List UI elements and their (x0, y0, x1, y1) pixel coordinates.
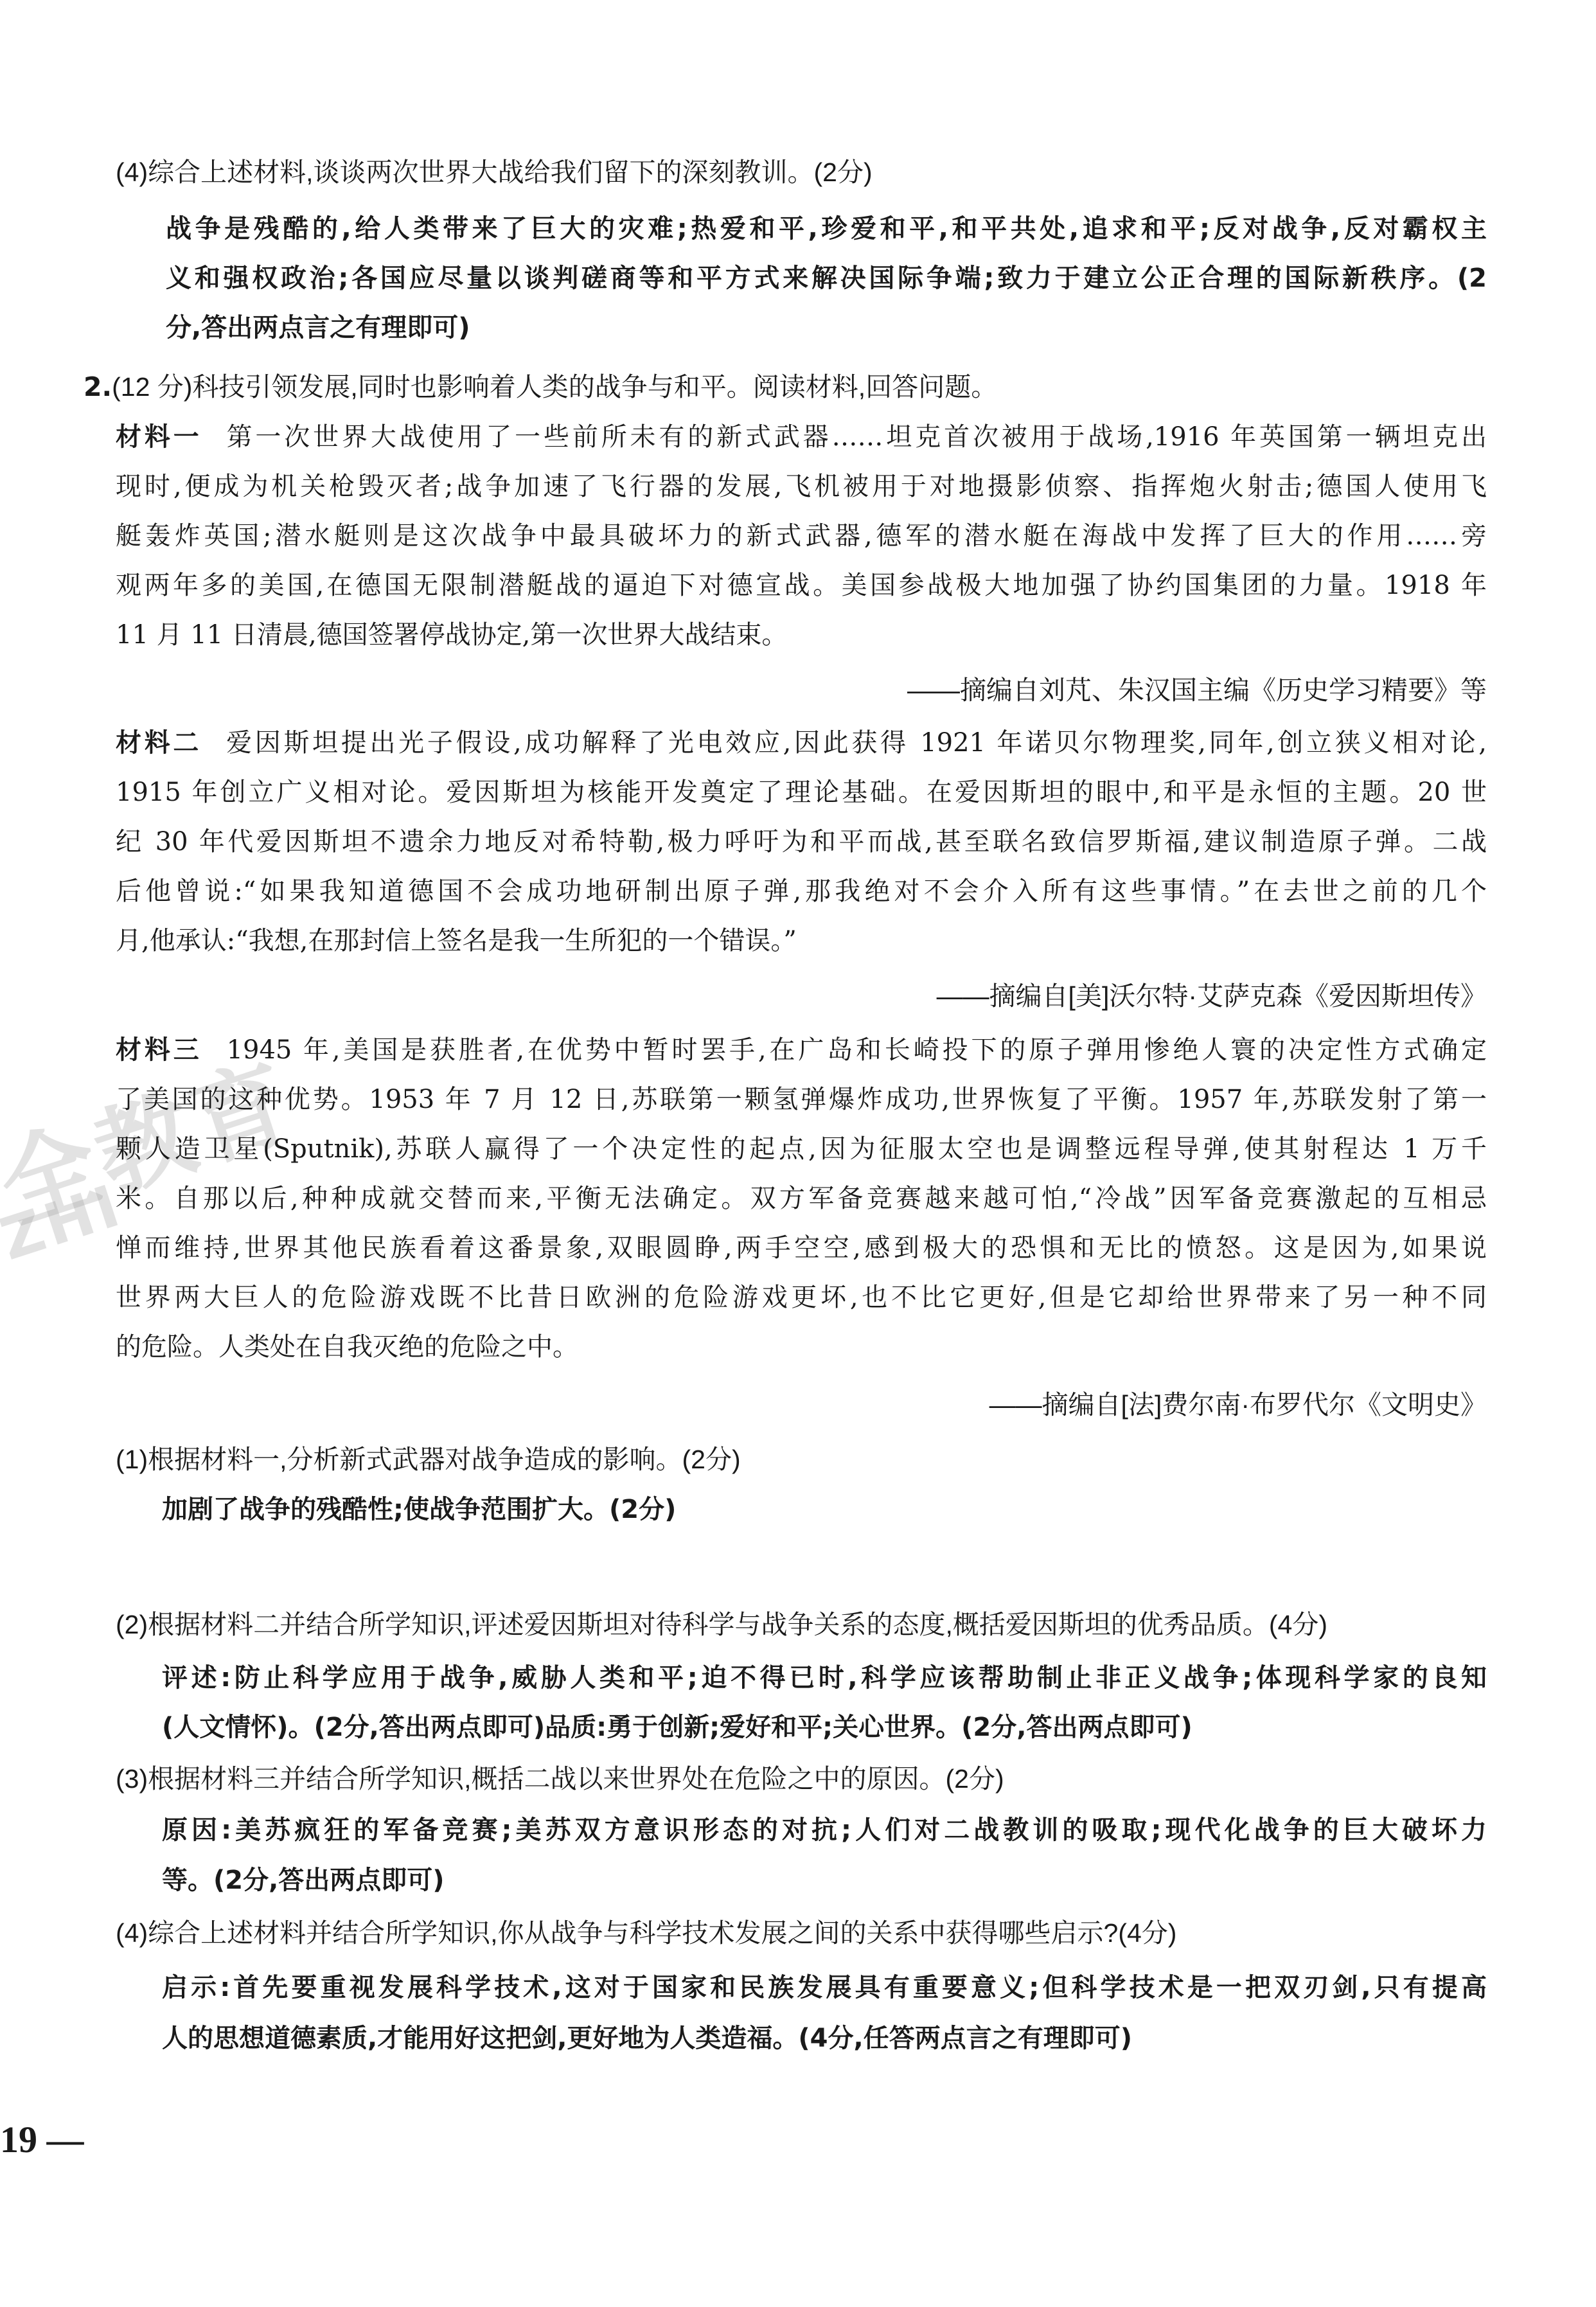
material1-source: ——摘编自刘芃、朱汉国主编《历史学习精要》等 (907, 673, 1487, 707)
watermark-en: ZHI (0, 1171, 131, 1274)
question-number: 2. (84, 371, 112, 402)
sub3-answer-line-1: 原因:美苏疯狂的军备竞赛;美苏双方意识形态的对抗;人们对二战教训的吸取;现代化战… (162, 1813, 1487, 1847)
prev-sub4-prompt: (4)综合上述材料,谈谈两次世界大战给我们留下的深刻教训。(2分) (116, 156, 873, 189)
sub2-answer-line-2: (人文情怀)。(2分,答出两点即可)品质:勇于创新;爱好和平;关心世界。(2分,… (162, 1711, 1193, 1744)
page-number: 19 — (0, 2121, 84, 2159)
sub1-answer-line-1: 加剧了战争的残酷性;使战争范围扩大。(2分) (162, 1493, 676, 1526)
question-stem-text: (12 分)科技引领发展,同时也影响着人类的战争与和平。阅读材料,回答问题。 (112, 372, 997, 402)
material3-line-1: 材料三1945 年,美国是获胜者,在优势中暂时罢手,在广岛和长崎投下的原子弹用惨… (116, 1033, 1487, 1067)
sub2-answer-line-1: 评述:防止科学应用于战争,威胁人类和平;迫不得已时,科学应该帮助制止非正义战争;… (162, 1661, 1487, 1695)
sub4-prompt: (4)综合上述材料并结合所学知识,你从战争与科学技术发展之间的关系中获得哪些启示… (116, 1916, 1176, 1950)
material2-line-1: 材料二爱因斯坦提出光子假设,成功解释了光电效应,因此获得 1921 年诺贝尔物理… (116, 726, 1487, 760)
material1-line-5: 11 月 11 日清晨,德国签署停战协定,第一次世界大战结束。 (116, 618, 787, 652)
prev-sub4-answer-line-2: 义和强权政治;各国应尽量以谈判磋商等和平方式来解决国际争端;致力于建立公正合理的… (166, 262, 1487, 295)
material2-label: 材料二 (116, 728, 202, 758)
sub1-prompt: (1)根据材料一,分析新式武器对战争造成的影响。(2分) (116, 1443, 741, 1476)
material1-label: 材料一 (116, 422, 202, 452)
prev-sub4-answer-line-1: 战争是残酷的,给人类带来了巨大的灾难;热爱和平,珍爱和平,和平共处,追求和平;反… (166, 212, 1487, 245)
sub4-answer-line-1: 启示:首先要重视发展科学技术,这对于国家和民族发展具有重要意义;但科学技术是一把… (162, 1971, 1487, 2004)
material1-line-3: 艇轰炸英国;潜水艇则是这次战争中最具破坏力的新式武器,德军的潜水艇在海战中发挥了… (116, 519, 1487, 553)
material2-source: ——摘编自[美]沃尔特·艾萨克森《爱因斯坦传》 (937, 979, 1487, 1013)
material1-line-4: 观两年多的美国,在德国无限制潜艇战的逼迫下对德宣战。美国参战极大地加强了协约国集… (116, 569, 1487, 602)
material2-line-3: 纪 30 年代爱因斯坦不遗余力地反对希特勒,极力呼吁为和平而战,甚至联名致信罗斯… (116, 825, 1487, 859)
material3-line-7: 的危险。人类处在自我灭绝的危险之中。 (116, 1330, 578, 1364)
material1-line-1: 材料一第一次世界大战使用了一些前所未有的新式武器……坦克首次被用于战场,1916… (116, 420, 1487, 454)
material2-line-5: 月,他承认:“我想,在那封信上签名是我一生所犯的一个错误。” (116, 924, 797, 958)
sub3-prompt: (3)根据材料三并结合所学知识,概括二战以来世界处在危险之中的原因。(2分) (116, 1762, 1004, 1795)
material3-line-3: 颗人造卫星(Sputnik),苏联人赢得了一个决定性的起点,因为征服太空也是调整… (116, 1132, 1487, 1166)
material2-line-2: 1915 年创立广义相对论。爱因斯坦为核能开发奠定了理论基础。在爱因斯坦的眼中,… (116, 776, 1487, 809)
material3-line-2: 了美国的这种优势。1953 年 7 月 12 日,苏联第一颗氢弹爆炸成功,世界恢… (116, 1083, 1487, 1116)
material3-line-4: 米。自那以后,种种成就交替而来,平衡无法确定。双方军备竞赛越来越可怕,“冷战”因… (116, 1182, 1487, 1215)
sub3-answer-line-2: 等。(2分,答出两点即可) (162, 1864, 445, 1897)
material3-source: ——摘编自[法]费尔南·布罗代尔《文明史》 (989, 1388, 1487, 1421)
sub4-answer-line-2: 人的思想道德素质,才能用好这把剑,更好地为人类造福。(4分,任答两点言之有理即可… (162, 2022, 1132, 2055)
material1-line-2: 现时,便成为机关枪毁灭者;战争加速了飞行器的发展,飞机被用于对地摄影侦察、指挥炮… (116, 470, 1487, 503)
material2-line-4: 后他曾说:“如果我知道德国不会成功地研制出原子弹,那我绝对不会介入所有这些事情。… (116, 875, 1487, 908)
prev-sub4-answer-line-3: 分,答出两点言之有理即可) (166, 311, 470, 344)
material3-line-6: 世界两大巨人的危险游戏既不比昔日欧洲的危险游戏更坏,也不比它更好,但是它却给世界… (116, 1281, 1487, 1314)
material3-line-5: 惮而维持,世界其他民族看着这番景象,双眼圆睁,两手空空,感到极大的恐惧和无比的愤… (116, 1231, 1487, 1265)
question2-stem: 2.(12 分)科技引领发展,同时也影响着人类的战争与和平。阅读材料,回答问题。 (84, 370, 997, 404)
sub2-prompt: (2)根据材料二并结合所学知识,评述爱因斯坦对待科学与战争关系的态度,概括爱因斯… (116, 1608, 1327, 1641)
material3-label: 材料三 (116, 1035, 202, 1065)
